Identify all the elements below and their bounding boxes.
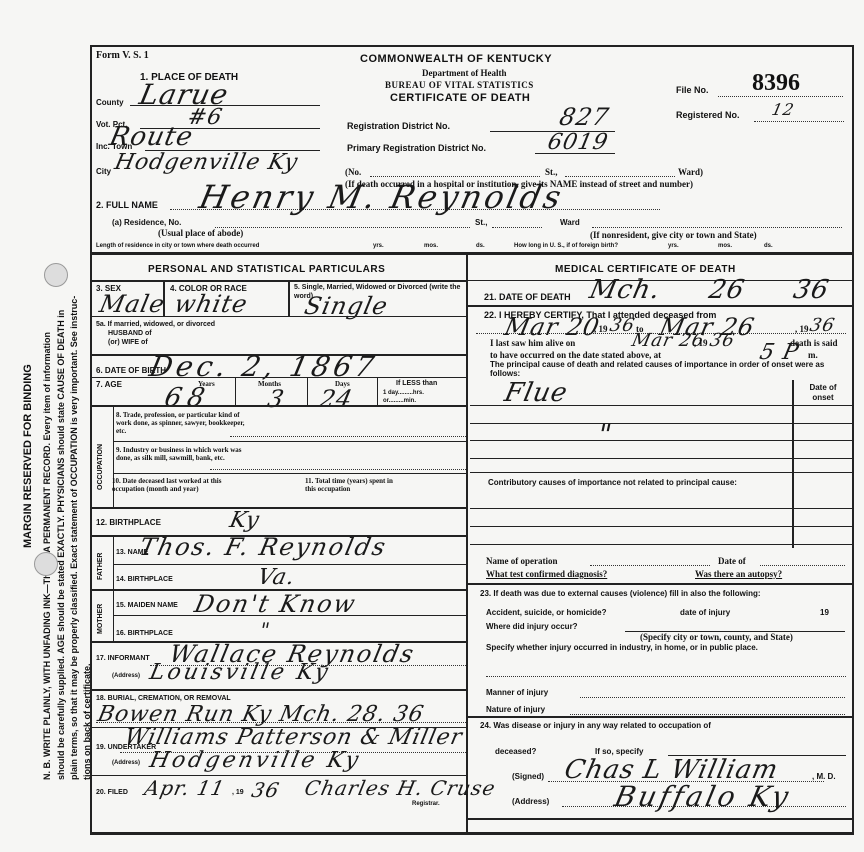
margin-note-line3: plain terms, so that it may be properly …	[69, 296, 79, 780]
date-of-death-value: Mch. 26 36	[587, 275, 832, 305]
signed-label: (Signed)	[512, 772, 544, 781]
q10-label: 10. Date deceased last worked at this oc…	[112, 477, 252, 493]
or-min-label: or.........min.	[383, 398, 416, 404]
age-years-value: 68	[162, 383, 213, 413]
ds-label-2: ds.	[764, 243, 773, 249]
primary-district-label: Primary Registration District No.	[347, 143, 486, 153]
registrar-signature: Charles H. Cruse	[302, 776, 498, 800]
physician-address-label: (Address)	[512, 797, 549, 806]
header-certificate: CERTIFICATE OF DEATH	[390, 92, 530, 104]
accident-label: Accident, suicide, or homicide?	[486, 608, 606, 617]
nonresident-note: (If nonresident, give city or town and S…	[590, 230, 757, 240]
length-residence-row: Length of residence in city or town wher…	[96, 243, 259, 249]
specify-whether-label: Specify whether injury occurred in indus…	[486, 643, 846, 652]
margin-note-line2: should be carefully supplied. AGE should…	[56, 310, 66, 780]
mos-label: mos.	[424, 243, 438, 249]
occurred-label: to have occurred on the date stated abov…	[490, 350, 661, 360]
q24-label: 24. Was disease or injury in any way rel…	[480, 721, 711, 730]
sex-value: Male	[97, 290, 168, 318]
father-side-label: FATHER	[97, 553, 104, 580]
specify-city-note: (Specify city or town, county, and State…	[640, 632, 793, 642]
date-of-death-label: 21. DATE OF DEATH	[484, 292, 571, 302]
form-number: Form V. S. 1	[96, 50, 149, 61]
last-saw-year: 36	[708, 330, 737, 351]
occupation-side-label: OCCUPATION	[97, 444, 104, 490]
residence-st-label: St.,	[475, 218, 487, 227]
margin-note-line4: tions on back of certificate.	[82, 663, 92, 780]
registrar-label: Registrar.	[412, 801, 440, 807]
mos-label-2: mos.	[718, 243, 732, 249]
father-birthplace-value: Va.	[255, 565, 297, 590]
informant-label: 17. INFORMANT	[96, 655, 150, 662]
attended-to-year: 36	[808, 315, 837, 336]
autopsy-label: Was there an autopsy?	[695, 569, 782, 579]
filed-year-prefix: , 19	[232, 789, 244, 796]
attended-to-comma: , 19	[795, 324, 809, 334]
header-commonwealth: COMMONWEALTH OF KENTUCKY	[360, 53, 552, 65]
burial-value: Bowen Run Ky Mch. 28. 36	[95, 702, 426, 727]
margin-reserved: MARGIN RESERVED FOR BINDING	[22, 364, 34, 548]
principal-cause-value: Flue	[502, 378, 571, 408]
registered-no-value: 12	[770, 100, 796, 119]
no-label: (No.	[345, 167, 361, 177]
q11-label: 11. Total time (years) spent in this occ…	[305, 477, 405, 493]
age-days-value: 24	[317, 385, 355, 413]
last-saw-comma: , 19	[694, 338, 708, 348]
yrs-label: yrs.	[373, 243, 384, 249]
filed-date-value: Apr. 11	[142, 776, 227, 800]
city-label: City	[96, 167, 111, 176]
spouse-label-1: 5a. If married, widowed, or divorced	[96, 320, 215, 329]
primary-district-value: 6019	[545, 130, 610, 155]
q9-label: 9. Industry or business in which work wa…	[116, 446, 256, 462]
contributory-label: Contributory causes of importance not re…	[488, 478, 748, 487]
nature-injury-label: Nature of injury	[486, 705, 545, 714]
city-value: Hodgenville Ky	[112, 150, 300, 175]
header-department: Department of Health	[422, 68, 506, 78]
informant-address-value: Louisville Ky	[147, 660, 333, 685]
length-residence-label: Length of residence in city or town wher…	[96, 243, 259, 249]
birthplace-label: 12. BIRTHPLACE	[96, 518, 161, 527]
filed-year-value: 36	[249, 778, 282, 802]
father-birthplace-label: 14. BIRTHPLACE	[116, 576, 173, 583]
last-saw-label: I last saw him alive on	[490, 338, 575, 348]
mother-name-value: Don't Know	[192, 590, 359, 618]
inc-town-value: Route	[107, 122, 196, 152]
less-than-label: If LESS than	[396, 380, 437, 387]
where-injury-label: Where did injury occur?	[486, 622, 578, 631]
undertaker-value: Williams Patterson & Miller	[122, 725, 465, 750]
ward-label: Ward)	[678, 167, 703, 177]
test-label: What test confirmed diagnosis?	[486, 569, 607, 579]
residence-sub: (Usual place of abode)	[158, 228, 243, 238]
filed-label: 20. FILED	[96, 789, 128, 796]
undertaker-address-label: (Address)	[112, 760, 140, 766]
principal-cause-label: The principal cause of death and related…	[490, 360, 845, 378]
deceased-label: deceased?	[495, 747, 536, 756]
spouse-label-2: HUSBAND of	[96, 329, 215, 338]
st-label: St.,	[545, 167, 558, 177]
md-label: , M. D.	[812, 772, 836, 781]
file-no-label: File No.	[676, 85, 709, 95]
spouse-label: 5a. If married, widowed, or divorced HUS…	[96, 320, 215, 347]
age-label: 7. AGE	[96, 380, 122, 389]
dob-value: Dec. 2, 1867	[146, 350, 380, 383]
residence-ward-label: Ward	[560, 218, 580, 227]
attended-from-value: Mar 20	[502, 313, 602, 341]
day-hrs-label: 1 day.........hrs.	[383, 390, 424, 396]
registration-district-label: Registration District No.	[347, 121, 450, 131]
operation-label: Name of operation	[486, 556, 558, 566]
physician-address-value: Buffalo Ky	[611, 780, 794, 813]
county-label: County	[96, 98, 124, 107]
registration-district-value: 827	[557, 103, 612, 131]
yrs-label-2: yrs.	[668, 243, 679, 249]
manner-injury-label: Manner of injury	[486, 688, 548, 697]
personal-title: PERSONAL AND STATISTICAL PARTICULARS	[148, 264, 385, 275]
full-name-label: 2. FULL NAME	[96, 200, 158, 210]
how-long-us-label: How long in U. S., if of foreign birth?	[514, 243, 618, 249]
race-value: white	[172, 290, 250, 318]
date-injury-label: date of injury	[680, 608, 730, 617]
birthplace-value: Ky	[227, 508, 262, 533]
q23-label: 23. If death was due to external causes …	[480, 589, 850, 598]
mother-birthplace-label: 16. BIRTHPLACE	[116, 630, 173, 637]
mother-side-label: MOTHER	[97, 604, 104, 634]
informant-address-label: (Address)	[112, 673, 140, 679]
q8-label: 8. Trade, profession, or particular kind…	[116, 411, 256, 435]
m-label: m.	[808, 350, 818, 360]
date-of-label: Date of	[718, 556, 746, 566]
burial-label: 18. BURIAL, CREMATION, OR REMOVAL	[96, 695, 231, 702]
registered-no-label: Registered No.	[676, 110, 740, 120]
spouse-label-3: (or) WIFE of	[96, 338, 215, 347]
file-no-value: 8396	[752, 70, 800, 97]
residence-label: (a) Residence, No.	[112, 218, 181, 227]
mother-name-label: 15. MAIDEN NAME	[116, 602, 178, 609]
nineteen-label: 19	[820, 608, 829, 617]
father-name-value: Thos. F. Reynolds	[137, 533, 390, 561]
header-bureau: BUREAU OF VITAL STATISTICS	[385, 80, 534, 90]
full-name-value: Henry M. Reynolds	[196, 178, 567, 216]
medical-title: MEDICAL CERTIFICATE OF DEATH	[555, 264, 736, 275]
binding-hole-bottom	[34, 552, 58, 576]
date-of-onset-label: Date of onset	[798, 383, 848, 403]
binding-hole-top	[44, 263, 68, 287]
ds-label: ds.	[476, 243, 485, 249]
attended-from-comma: , 19	[594, 324, 608, 334]
undertaker-address-value: Hodgenville Ky	[147, 748, 363, 773]
